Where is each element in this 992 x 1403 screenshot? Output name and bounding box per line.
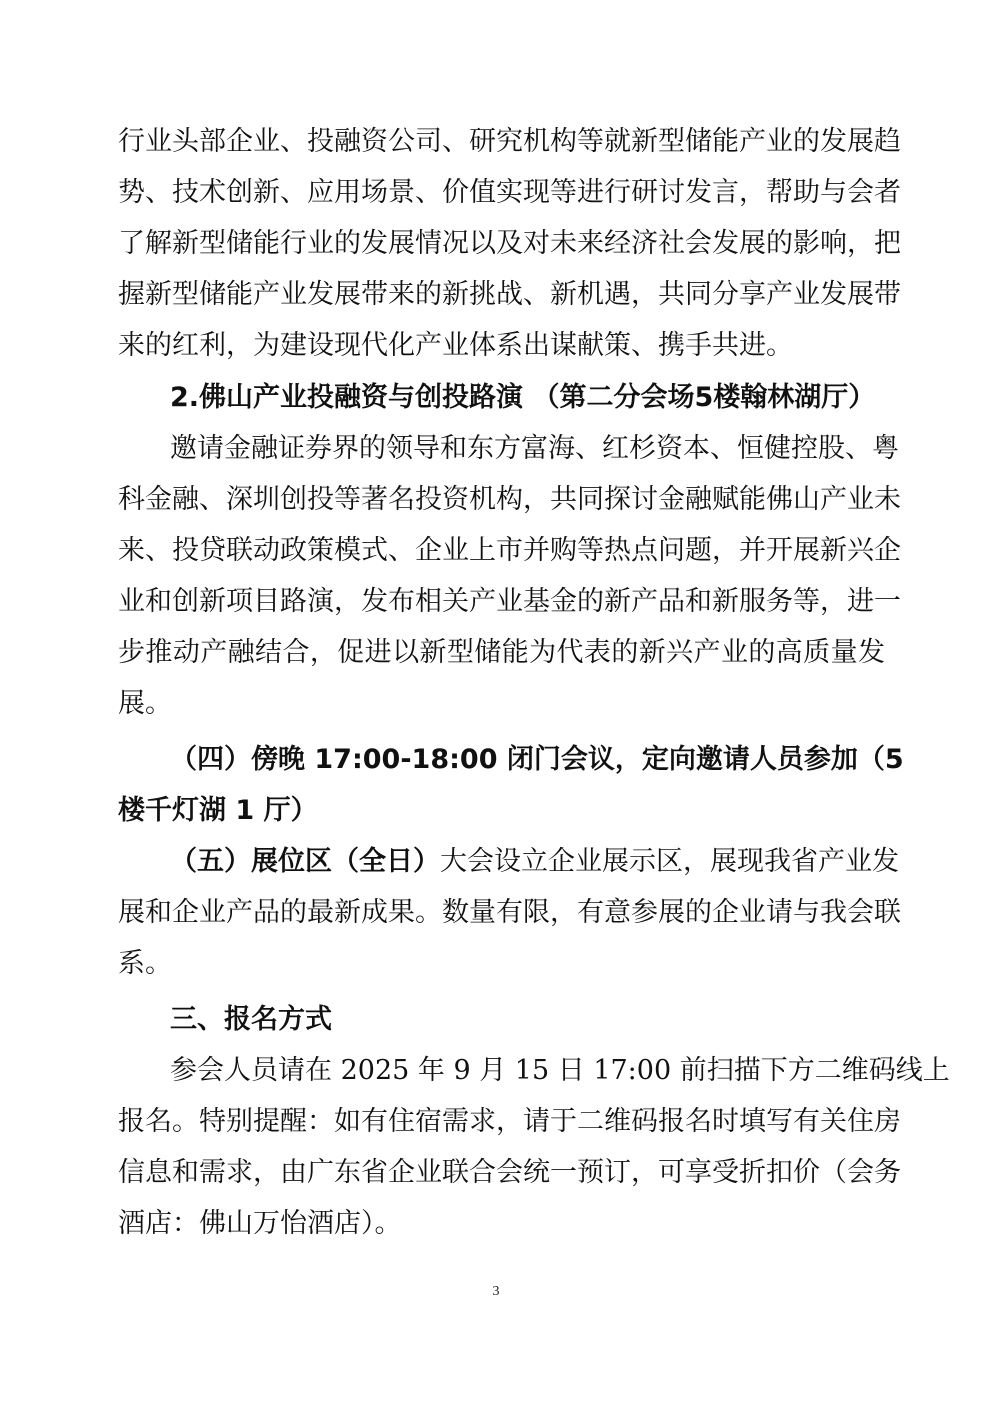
item-exhibition-text: 大会设立企业展示区，展现我省产业发: [440, 846, 899, 877]
paragraph-line: 行业头部企业、投融资公司、研究机构等就新型储能产业的发展趋: [118, 122, 885, 162]
paragraph-line: 科金融、深圳创投等著名投资机构，共同探讨金融赋能佛山产业未: [118, 480, 885, 520]
paragraph-line: 信息和需求，由广东省企业联合会统一预订，可享受折扣价（会务: [118, 1153, 885, 1193]
paragraph-line: 系。: [118, 944, 885, 984]
paragraph-line: 来的红利，为建设现代化产业体系出谋献策、携手共进。: [118, 326, 885, 366]
paragraph-line: 了解新型储能行业的发展情况以及对未来经济社会发展的影响，把: [118, 224, 885, 264]
paragraph-line: 业和创新项目路演，发布相关产业基金的新产品和新服务等，进一: [118, 582, 885, 622]
paragraph-line: 参会人员请在 2025 年 9 月 15 日 17:00 前扫描下方二维码线上: [170, 1051, 885, 1091]
paragraph-line: 报名。特别提醒：如有住宿需求，请于二维码报名时填写有关住房: [118, 1102, 885, 1142]
paragraph-line: 酒店：佛山万怡酒店）。: [118, 1204, 885, 1244]
section-heading-registration: 三、报名方式: [170, 1000, 885, 1040]
paragraph-line: 展和企业产品的最新成果。数量有限，有意参展的企业请与我会联: [118, 893, 885, 933]
paragraph-line: 步推动产融结合，促进以新型储能为代表的新兴产业的高质量发: [118, 633, 885, 673]
item-exhibition-area: （五）展位区（全日）大会设立企业展示区，展现我省产业发: [170, 842, 885, 882]
document-page: 行业头部企业、投融资公司、研究机构等就新型储能产业的发展趋 势、技术创新、应用场…: [0, 0, 992, 1403]
paragraph-line: 握新型储能产业发展带来的新挑战、新机遇，共同分享产业发展带: [118, 275, 885, 315]
section-heading-investment-roadshow: 2.佛山产业投融资与创投路演 （第二分会场5楼翰林湖厅）: [170, 378, 885, 418]
item-exhibition-label: （五）展位区（全日）: [170, 846, 440, 877]
paragraph-line: 势、技术创新、应用场景、价值实现等进行研讨发言，帮助与会者: [118, 173, 885, 213]
paragraph-line: 来、投贷联动政策模式、企业上市并购等热点问题，并开展新兴企: [118, 531, 885, 571]
item-closed-meeting-cont: 楼千灯湖 1 厅）: [118, 791, 885, 831]
paragraph-line: 邀请金融证券界的领导和东方富海、红杉资本、恒健控股、粤: [170, 429, 885, 469]
item-closed-meeting: （四）傍晚 17:00-18:00 闭门会议，定向邀请人员参加（5: [170, 740, 885, 780]
page-number: 3: [486, 1284, 506, 1300]
paragraph-line: 展。: [118, 684, 885, 724]
